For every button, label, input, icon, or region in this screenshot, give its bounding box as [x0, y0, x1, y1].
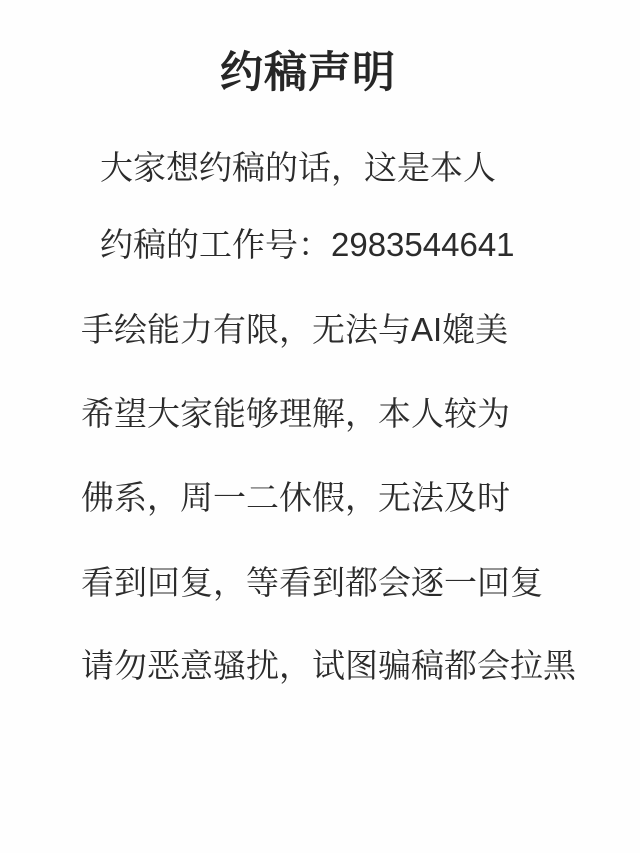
page-title: 约稿声明: [0, 52, 616, 95]
notice-line-reply-policy: 看到回复，等看到都会逐一回复: [81, 565, 543, 601]
notice-line-skill-disclaimer: 手绘能力有限，无法与AI媲美: [81, 312, 508, 348]
notice-line-understanding: 希望大家能够理解，本人较为: [81, 396, 510, 432]
commission-notice-page: 约稿声明 大家想约稿的话，这是本人 约稿的工作号：2983544641 手绘能力…: [0, 0, 640, 853]
notice-line-blacklist-warning: 请勿恶意骚扰，试图骗稿都会拉黑: [81, 648, 576, 684]
notice-line-intro: 大家想约稿的话，这是本人: [100, 150, 496, 186]
notice-line-schedule: 佛系，周一二休假，无法及时: [81, 480, 510, 516]
notice-line-work-account: 约稿的工作号：2983544641: [100, 227, 515, 263]
